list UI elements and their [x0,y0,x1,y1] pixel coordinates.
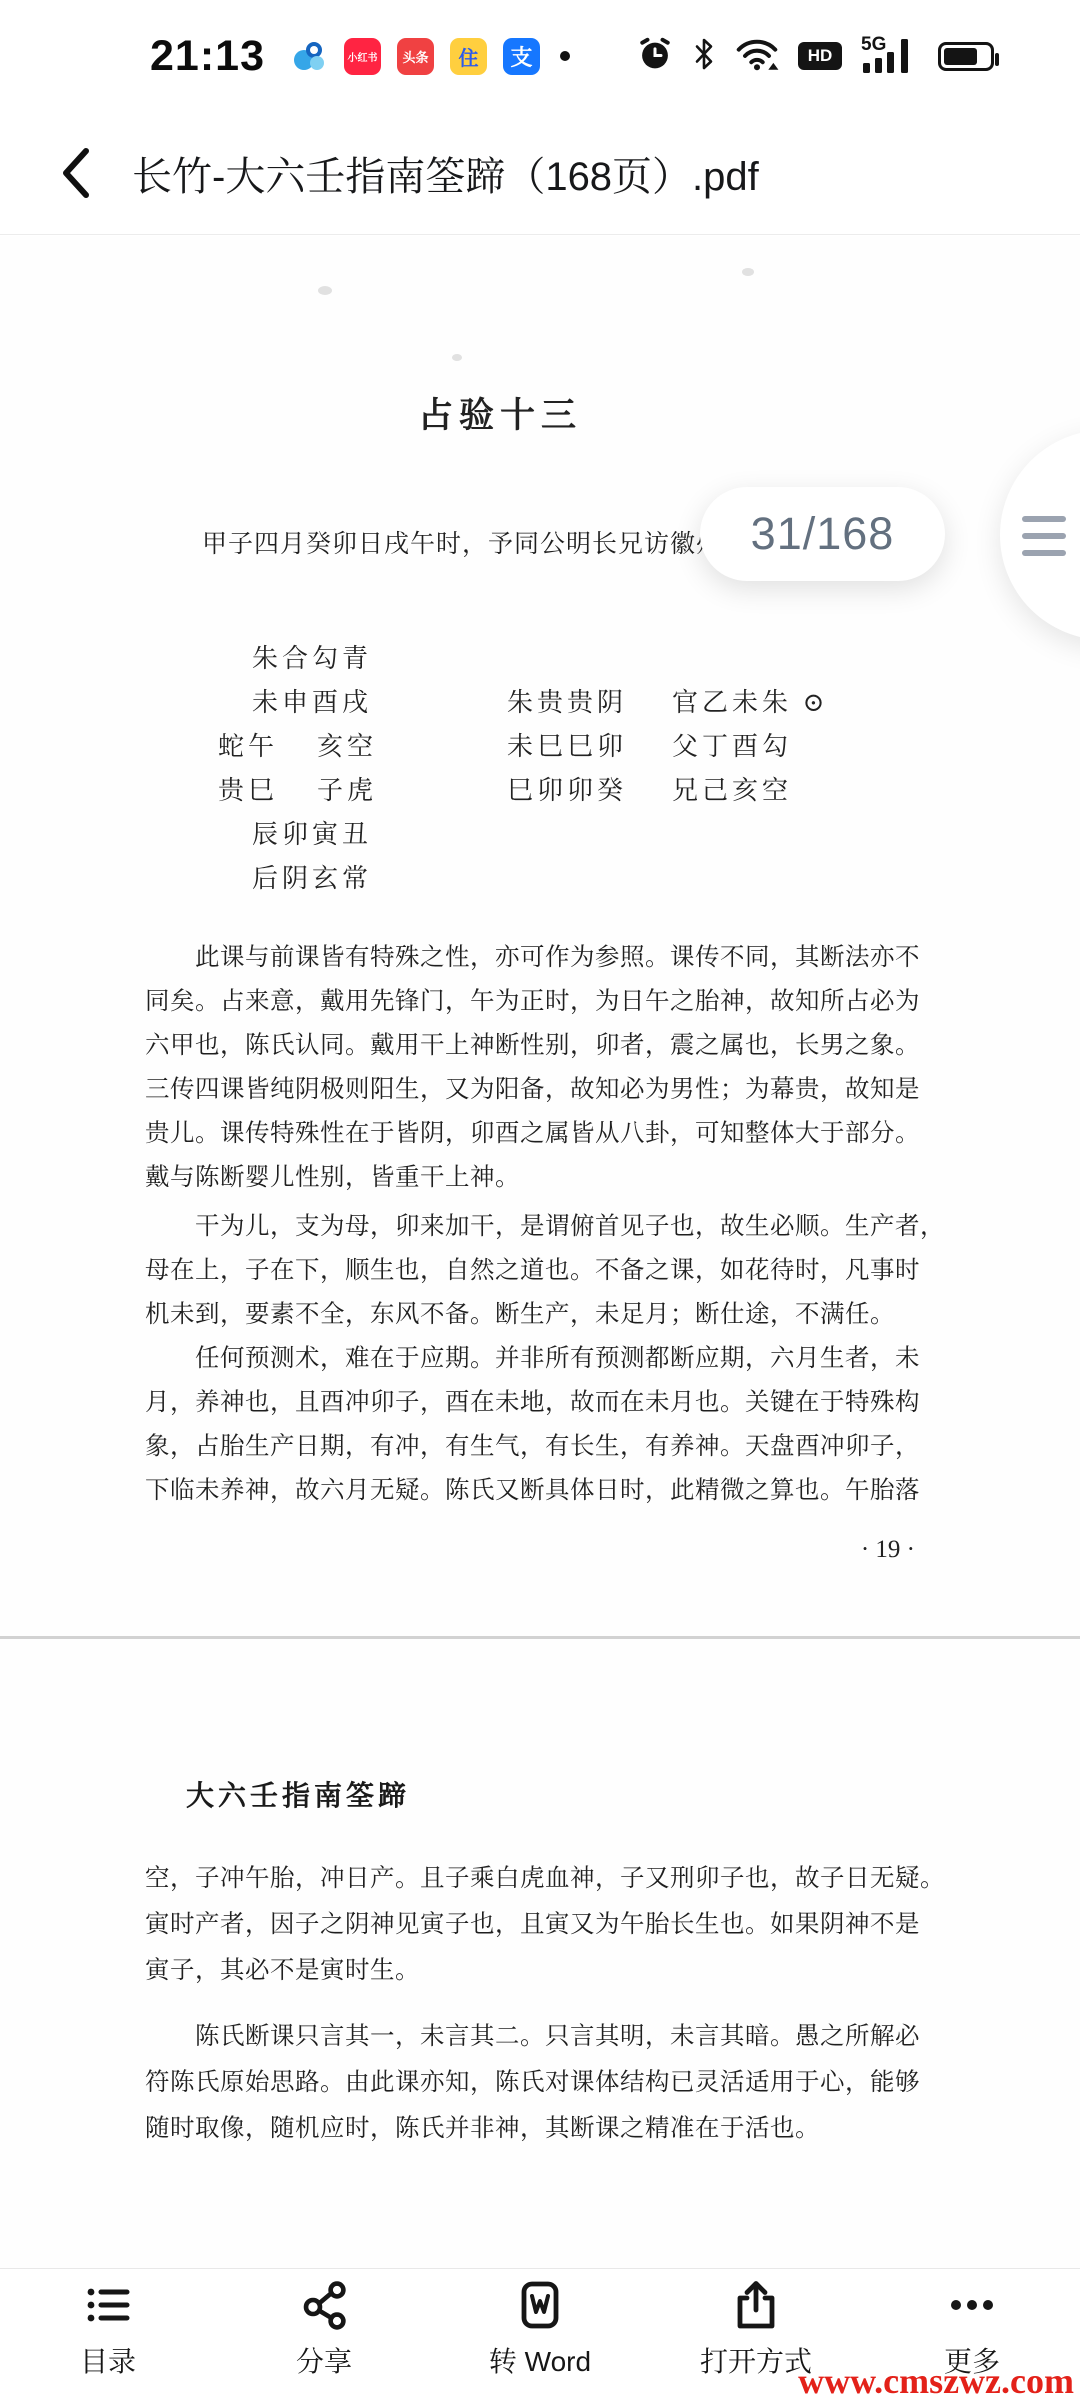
chart-row: 蛇午 亥空 未巳巳卯 父丁酉勾 [218,726,1080,766]
alarm-icon [637,36,673,77]
running-header: 大六壬指南筌蹄 [186,1774,410,1814]
paragraph: 空，子冲午胎，冲日产。且子乘白虎血神，子又刑卯子也，故子日无疑。 寅时产者，因子… [145,1856,945,1994]
paragraph: 干为儿，支为母，卯来加干，是谓俯首见子也，故生必顺。生产者， 母在上，子在下，顺… [145,1205,945,1337]
signal-5g-icon: 5G [861,37,919,75]
more-dots-icon [946,2279,998,2331]
back-button[interactable] [60,146,90,200]
bluetooth-icon [692,37,716,76]
alipay-app-icon: 支 [503,38,540,75]
share-button[interactable]: 分享 [216,2269,432,2400]
chapter-heading: 占验十三 [0,388,1000,438]
battery-icon [938,42,994,71]
share-icon [298,2279,350,2331]
page-separator [0,1636,1080,1639]
xiaohongshu-app-icon: 小红书 [344,38,381,75]
chart-row: 后阴玄常 [252,858,372,895]
paragraph: 此课与前课皆有特殊之性，亦可作为参照。课传不同，其断法亦不 同矣。占来意，戴用先… [145,936,945,1200]
toutiao-app-icon: 头条 [397,38,434,75]
wifi-icon [735,37,779,76]
word-convert-icon [514,2279,566,2331]
hd-badge-icon: HD [798,42,842,70]
blue-circles-app-icon [291,38,328,75]
chart-row: 贵巳 子虎 巳卯卯癸 兄己亥空 [218,770,1080,810]
chart-row: 辰卯寅丑 [252,814,372,851]
zhu-app-icon: 住 [450,38,487,75]
toc-list-icon [82,2279,134,2331]
document-title: 长竹-大六壬指南筌蹄（168页）.pdf [132,145,759,202]
clock-time: 21:13 [150,32,265,81]
notification-dot [560,51,570,61]
page-number: · 19 · [145,1536,915,1564]
paragraph: 陈氏断课只言其一，未言其二。只言其明，未言其暗。愚之所解必 符陈氏原始思路。由此… [145,2014,945,2152]
site-watermark: www.cmszwz.com [798,2360,1074,2400]
chart-row: 未申酉戌 朱贵贵阴 官乙未朱 ⊙ [252,682,1080,722]
hamburger-icon [1022,516,1066,522]
status-icons: HD 5G [637,36,994,77]
chart-row: 朱合勾青 [252,638,372,675]
paragraph: 任何预测术，难在于应期。并非所有预测都断应期，六月生者，未 月，养神也，且酉冲卯… [145,1337,945,1513]
open-with-icon [730,2279,782,2331]
notification-app-icons: 小红书 头条 住 支 [291,38,540,75]
chevron-left-icon [60,146,90,200]
title-bar: 长竹-大六壬指南筌蹄（168页）.pdf [0,112,1080,235]
convert-word-button[interactable]: 转 Word [432,2269,648,2400]
page-indicator-pill[interactable]: 31/168 [700,487,945,581]
case-intro-line: 甲子四月癸卯日戌午时，予同公明长兄访徽州 [202,524,722,560]
status-bar: 21:13 小红书 头条 住 支 [0,0,1080,112]
toc-button[interactable]: 目录 [0,2269,216,2400]
